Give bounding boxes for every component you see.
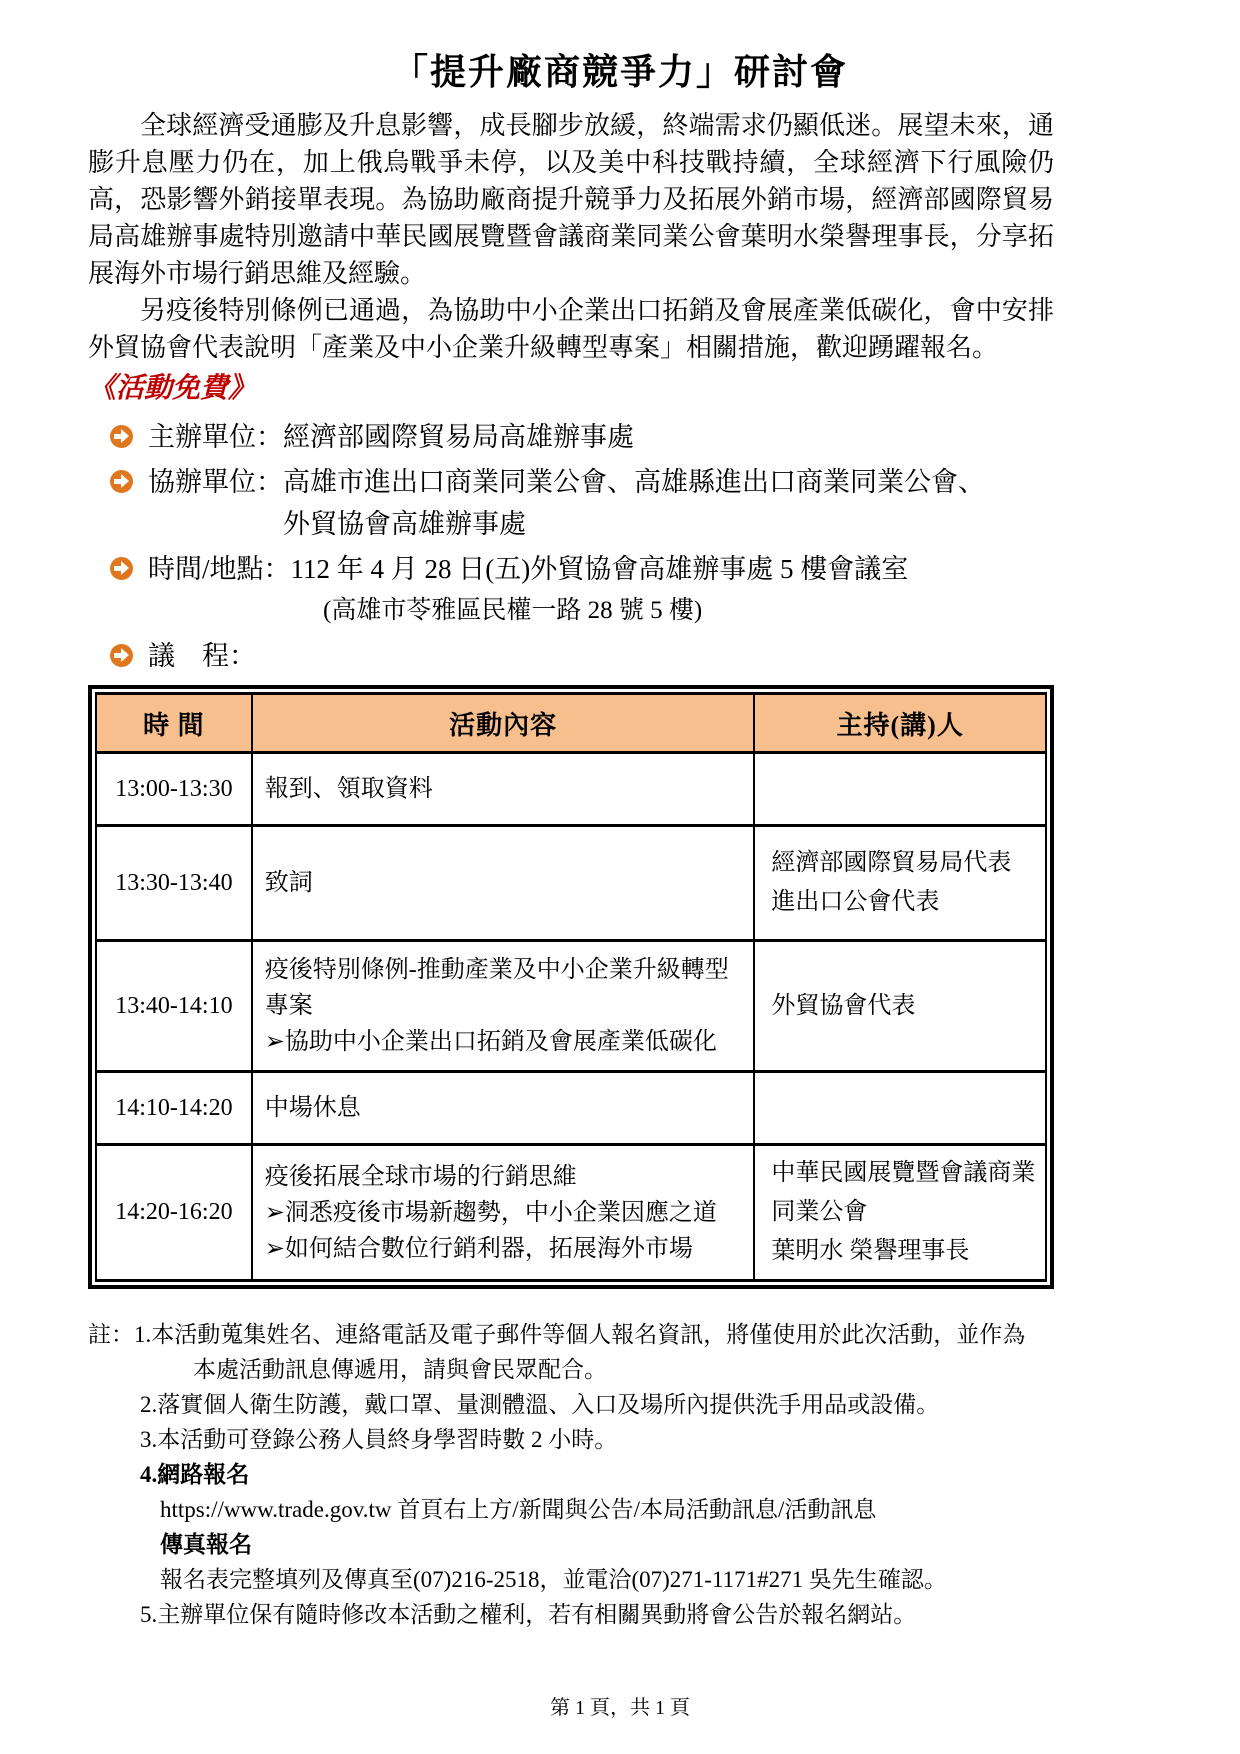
agenda-speaker-line: 葉明水 榮譽理事長 xyxy=(771,1232,1037,1271)
detail-time-place: 時間/地點：112 年 4 月 28 日(五)外貿協會高雄辦事處 5 樓會議室 … xyxy=(88,548,1054,632)
agenda-speaker-line: 中華民國展覽暨會議商業同業公會 xyxy=(771,1154,1037,1232)
agenda-time: 14:10-14:20 xyxy=(96,1072,252,1145)
cohost-value-line2: 外貿協會高雄辦事處 xyxy=(283,503,1054,545)
detail-agenda-label: 議 程： xyxy=(88,635,1054,677)
agenda-speaker-line: 進出口公會代表 xyxy=(771,883,1037,922)
host-value: 經濟部國際貿易局高雄辦事處 xyxy=(283,422,634,452)
agenda-table: 時 間 活動內容 主持(講)人 13:00-13:30 報到、領取資料 1 xyxy=(95,692,1047,1282)
note-2: 2.落實個人衛生防護，戴口罩、量測體溫、入口及場所內提供洗手用品或設備。 xyxy=(140,1387,1054,1422)
agenda-content-line: ➢如何結合數位行銷利器，拓展海外市場 xyxy=(265,1231,746,1267)
note-1-line1: 1.本活動蒐集姓名、連絡電話及電子郵件等個人報名資訊，將僅使用於此次活動，並作為 xyxy=(134,1322,1025,1347)
agenda-row: 14:20-16:20 疫後拓展全球市場的行銷思維 ➢洞悉疫後市場新趨勢，中小企… xyxy=(96,1145,1046,1281)
intro-paragraph-1: 全球經濟受通膨及升息影響，成長腳步放緩，終端需求仍顯低迷。展望未來，通膨升息壓力… xyxy=(88,107,1054,292)
arrow-bullet-icon xyxy=(110,644,133,667)
agenda-row: 13:40-14:10 疫後特別條例-推動產業及中小企業升級轉型專案 ➢協助中小… xyxy=(96,941,1046,1072)
agenda-header-row: 時 間 活動內容 主持(講)人 xyxy=(96,694,1046,753)
arrow-bullet-icon xyxy=(110,557,133,580)
note-4-fax-label: 傳真報名 xyxy=(160,1527,1054,1562)
note-5: 5.主辦單位保有隨時修改本活動之權利，若有相關異動將會公告於報名網站。 xyxy=(140,1597,1054,1632)
venue-address: (高雄市苓雅區民權一路 28 號 5 樓) xyxy=(323,590,1054,632)
agenda-speaker-cell xyxy=(754,1072,1046,1145)
agenda-content-line: 報到、領取資料 xyxy=(265,771,746,807)
detail-host: 主辦單位：經濟部國際貿易局高雄辦事處 xyxy=(88,416,1054,458)
agenda-table-border: 時 間 活動內容 主持(講)人 13:00-13:30 報到、領取資料 1 xyxy=(88,685,1054,1289)
note-1: 註：1.本活動蒐集姓名、連絡電話及電子郵件等個人報名資訊，將僅使用於此次活動，並… xyxy=(88,1317,1054,1352)
agenda-label: 議 程： xyxy=(148,635,1054,677)
agenda-header-time: 時 間 xyxy=(96,694,252,753)
cohost-value-line1: 高雄市進出口商業同業公會、高雄縣進出口商業同業公會、 xyxy=(283,467,985,497)
note-1-line2: 本處活動訊息傳遞用，請與會民眾配合。 xyxy=(193,1352,1054,1387)
agenda-content-line: ➢協助中小企業出口拓銷及會展產業低碳化 xyxy=(265,1024,746,1060)
time-place-value: 112 年 4 月 28 日(五)外貿協會高雄辦事處 5 樓會議室 xyxy=(291,554,909,584)
page-indicator: 第 1 頁，共 1 頁 xyxy=(0,1691,1240,1720)
agenda-time: 14:20-16:20 xyxy=(96,1145,252,1281)
notes-section: 註：1.本活動蒐集姓名、連絡電話及電子郵件等個人報名資訊，將僅使用於此次活動，並… xyxy=(88,1317,1054,1632)
free-event-notice: 《活動免費》 xyxy=(88,368,1054,410)
agenda-content-line: 中場休息 xyxy=(265,1090,746,1126)
note-3: 3.本活動可登錄公務人員終身學習時數 2 小時。 xyxy=(140,1422,1054,1457)
agenda-content-line: 致詞 xyxy=(265,865,746,901)
agenda-header-speaker: 主持(講)人 xyxy=(754,694,1046,753)
agenda-time: 13:40-14:10 xyxy=(96,941,252,1072)
time-place-label: 時間/地點： xyxy=(148,554,291,584)
document-page: 「提升廠商競爭力」研討會 全球經濟受通膨及升息影響，成長腳步放緩，終端需求仍顯低… xyxy=(0,0,1240,1754)
intro-paragraph-2: 另疫後特別條例已通過，為協助中小企業出口拓銷及會展產業低碳化，會中安排外貿協會代… xyxy=(88,292,1054,366)
arrow-bullet-icon xyxy=(110,425,133,448)
agenda-time: 13:30-13:40 xyxy=(96,826,252,941)
host-label: 主辦單位： xyxy=(148,422,283,452)
document-body: 全球經濟受通膨及升息影響，成長腳步放緩，終端需求仍顯低迷。展望未來，通膨升息壓力… xyxy=(88,107,1054,1632)
page-title: 「提升廠商競爭力」研討會 xyxy=(88,44,1152,95)
agenda-speaker-cell xyxy=(754,753,1046,826)
agenda-time: 13:00-13:30 xyxy=(96,753,252,826)
agenda-content-line: ➢洞悉疫後市場新趨勢，中小企業因應之道 xyxy=(265,1195,746,1231)
agenda-speaker-line: 經濟部國際貿易局代表 xyxy=(771,844,1037,883)
cohost-label: 協辦單位： xyxy=(148,467,283,497)
arrow-bullet-icon xyxy=(110,470,133,493)
agenda-header-content: 活動內容 xyxy=(252,694,755,753)
agenda-row: 14:10-14:20 中場休息 xyxy=(96,1072,1046,1145)
agenda-speaker-line: 外貿協會代表 xyxy=(771,987,1037,1026)
agenda-content-line: 疫後特別條例-推動產業及中小企業升級轉型專案 xyxy=(265,952,746,1024)
agenda-row: 13:00-13:30 報到、領取資料 xyxy=(96,753,1046,826)
notes-label: 註： xyxy=(88,1322,134,1347)
agenda-content-line: 疫後拓展全球市場的行銷思維 xyxy=(265,1159,746,1195)
note-4-online-label: 4.網路報名 xyxy=(140,1457,1054,1492)
detail-cohost: 協辦單位：高雄市進出口商業同業公會、高雄縣進出口商業同業公會、 外貿協會高雄辦事… xyxy=(88,461,1054,545)
note-4-fax-line: 報名表完整填列及傳真至(07)216-2518，並電洽(07)271-1171#… xyxy=(160,1562,1054,1597)
agenda-row: 13:30-13:40 致詞 經濟部國際貿易局代表 進出口公會代表 xyxy=(96,826,1046,941)
note-4-website-line: https://www.trade.gov.tw 首頁右上方/新聞與公告/本局活… xyxy=(160,1492,1054,1527)
